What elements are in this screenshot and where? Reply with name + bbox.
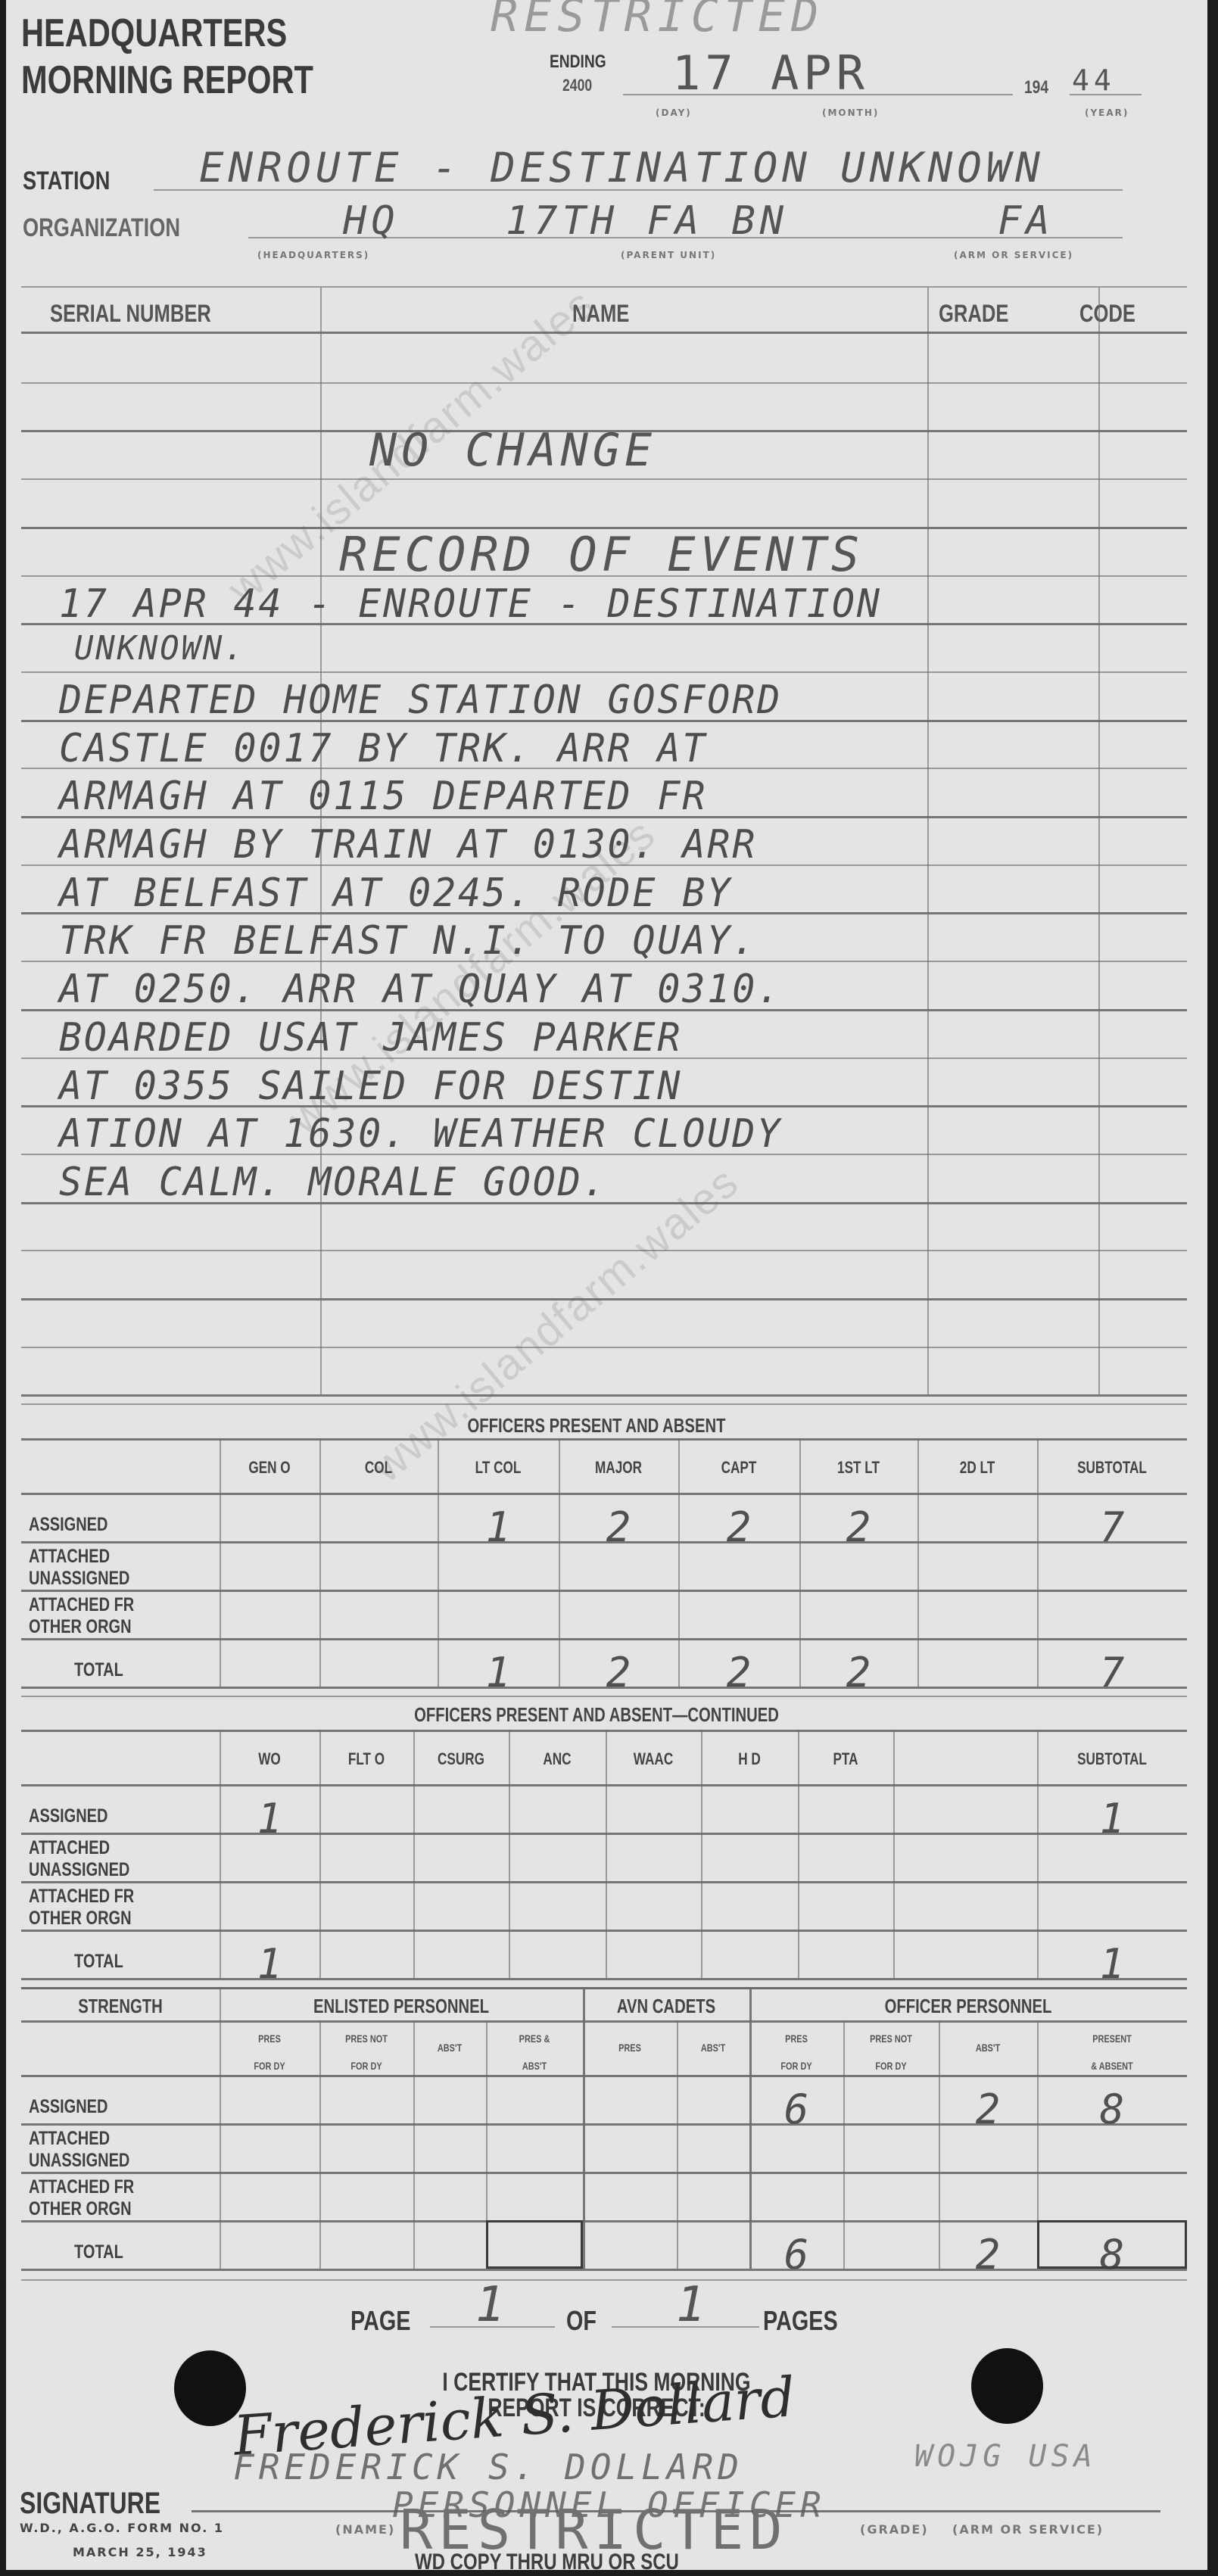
officers-title: OFFICERS PRESENT AND ABSENT bbox=[431, 1414, 762, 1438]
row-label: ATTACHED FR OTHER ORGN bbox=[29, 2176, 174, 2220]
caption-month: (MONTH) bbox=[822, 107, 879, 118]
form-title-line2: MORNING REPORT bbox=[21, 58, 313, 103]
event-line: ATION AT 1630. WEATHER CLOUDY bbox=[59, 1111, 782, 1157]
col-grade: GRADE bbox=[939, 300, 1008, 328]
event-line: ARMAGH BY TRAIN AT 0130. ARR bbox=[59, 822, 757, 867]
column-divider bbox=[319, 2020, 321, 2269]
row-label: ATTACHED UNASSIGNED bbox=[29, 1546, 174, 1590]
organization-label: ORGANIZATION bbox=[23, 213, 180, 243]
strength-column-header: PRESFOR DY bbox=[749, 2025, 843, 2079]
binder-hole-right bbox=[971, 2348, 1043, 2424]
row-label: ATTACHED UNASSIGNED bbox=[29, 2128, 174, 2172]
strength-column-header: PRES bbox=[583, 2025, 677, 2070]
column-divider bbox=[749, 1987, 752, 2269]
column-header-line1: PRES NOT bbox=[330, 2025, 403, 2052]
ending-time: 2400 bbox=[562, 76, 592, 95]
column-divider bbox=[319, 1438, 321, 1687]
count-cell[interactable]: 7 bbox=[1037, 1503, 1187, 1551]
caption-arm-service-footer: (ARM OR SERVICE) bbox=[952, 2522, 1104, 2537]
column-header: FLT O bbox=[330, 1749, 403, 1769]
event-line: UNKNOWN. bbox=[74, 629, 245, 668]
column-divider bbox=[220, 1438, 221, 1687]
roster-row-rule bbox=[21, 1394, 1187, 1397]
column-divider bbox=[413, 2020, 415, 2269]
row-rule bbox=[21, 1881, 1187, 1883]
caption-name: (NAME) bbox=[335, 2522, 395, 2537]
restricted-stamp-top: RESTRICTED bbox=[491, 0, 824, 42]
caption-parent-unit: (PARENT UNIT) bbox=[621, 250, 716, 260]
event-line: AT 0355 SAILED FOR DESTIN bbox=[59, 1064, 682, 1109]
count-cell[interactable]: 1 bbox=[1037, 1795, 1187, 1842]
pages-label: PAGES bbox=[763, 2305, 838, 2337]
officer-total-box bbox=[1037, 2220, 1187, 2269]
column-divider bbox=[220, 1987, 221, 2269]
strength-group-header: AVN CADETS bbox=[601, 1995, 731, 2018]
header-rule bbox=[21, 2075, 1187, 2077]
org-arm-service-field[interactable]: FA bbox=[998, 198, 1054, 244]
watermark: www.islandfarm.wales bbox=[362, 1157, 749, 1493]
strength-cell[interactable]: 6 bbox=[749, 2085, 843, 2133]
column-header: 2D LT bbox=[930, 1458, 1023, 1478]
count-cell[interactable]: 2 bbox=[559, 1503, 678, 1551]
roster-row-rule bbox=[21, 382, 1187, 384]
form-number: W.D., A.G.O. FORM NO. 1 bbox=[20, 2521, 224, 2535]
column-divider bbox=[438, 1438, 439, 1687]
signer-grade-service: WOJG USA bbox=[914, 2439, 1097, 2474]
column-header: 1ST LT bbox=[812, 1458, 905, 1478]
count-cell[interactable]: 2 bbox=[799, 1649, 917, 1696]
station-field[interactable]: ENROUTE - DESTINATION UNKNOWN bbox=[199, 144, 1045, 192]
signature-label: SIGNATURE bbox=[20, 2487, 160, 2521]
column-divider bbox=[939, 2020, 940, 2269]
col-serial-number: SERIAL NUMBER bbox=[50, 300, 211, 328]
strength-label: STRENGTH bbox=[43, 1995, 198, 2018]
org-parent-unit-field[interactable]: 17TH FA BN bbox=[506, 198, 788, 244]
column-divider bbox=[559, 1438, 560, 1687]
roster-row-rule bbox=[21, 478, 1187, 480]
roster-bottom-rule bbox=[21, 1403, 1187, 1405]
strength-cell[interactable]: 8 bbox=[1037, 2085, 1187, 2133]
row-rule bbox=[21, 1590, 1187, 1592]
group-rule bbox=[21, 2020, 1187, 2023]
header-rule bbox=[21, 1493, 1187, 1495]
of-label: OF bbox=[566, 2305, 597, 2337]
strength-column-header: PRES NOTFOR DY bbox=[843, 2025, 939, 2079]
row-label: TOTAL bbox=[74, 1951, 220, 1973]
count-cell[interactable]: 1 bbox=[220, 1795, 319, 1842]
column-header: SUBTOTAL bbox=[1054, 1749, 1170, 1769]
column-header: WAAC bbox=[616, 1749, 690, 1769]
column-header: CAPT bbox=[692, 1458, 787, 1478]
caption-year: (YEAR) bbox=[1085, 107, 1129, 118]
officers-continued-title: OFFICERS PRESENT AND ABSENT—CONTINUED bbox=[372, 1703, 821, 1727]
total-pages-field[interactable]: 1 bbox=[676, 2277, 710, 2333]
row-rule bbox=[21, 2123, 1187, 2126]
event-line: AT BELFAST AT 0245. RODE BY bbox=[59, 871, 732, 916]
form-date: MARCH 25, 1943 bbox=[73, 2545, 207, 2559]
count-cell[interactable]: 2 bbox=[678, 1649, 799, 1696]
row-label: ATTACHED UNASSIGNED bbox=[29, 1837, 174, 1881]
column-header-line1: PRES bbox=[760, 2025, 833, 2052]
form-title-line1: HEADQUARTERS bbox=[21, 11, 287, 56]
strength-column-header: PRES &ABS'T bbox=[486, 2025, 583, 2079]
column-divider bbox=[798, 1730, 799, 1978]
event-line: TRK FR BELFAST N.I. TO QUAY. bbox=[59, 918, 757, 964]
column-divider bbox=[1037, 1730, 1039, 1978]
strength-group-header: ENLISTED PERSONNEL bbox=[260, 1995, 543, 2018]
signer-name: FREDERICK S. DOLLARD bbox=[233, 2447, 743, 2487]
caption-headquarters: (HEADQUARTERS) bbox=[257, 250, 369, 260]
column-divider bbox=[509, 1730, 510, 1978]
row-rule bbox=[21, 1978, 1187, 1980]
count-cell[interactable]: 2 bbox=[559, 1649, 678, 1696]
caption-day: (DAY) bbox=[656, 107, 692, 118]
column-header-line1: PRES NOT bbox=[854, 2025, 928, 2052]
row-rule bbox=[21, 2269, 1187, 2271]
ending-label: ENDING bbox=[550, 51, 606, 73]
event-line: CASTLE 0017 BY TRK. ARR AT bbox=[59, 726, 707, 771]
table-top-rule bbox=[21, 1730, 1187, 1732]
column-header: CSURG bbox=[424, 1749, 498, 1769]
col-name: NAME bbox=[572, 300, 629, 328]
column-header-line1: PRES & bbox=[497, 2025, 572, 2052]
column-divider bbox=[583, 1987, 585, 2269]
strength-column-header: ABS'T bbox=[413, 2025, 486, 2070]
column-divider bbox=[677, 2020, 678, 2269]
column-header: MAJOR bbox=[572, 1458, 665, 1478]
count-cell[interactable]: 2 bbox=[678, 1503, 799, 1551]
column-divider bbox=[413, 1730, 415, 1978]
column-header: WO bbox=[231, 1749, 309, 1769]
column-divider bbox=[799, 1438, 801, 1687]
page-number-field[interactable]: 1 bbox=[475, 2277, 509, 2333]
strength-column-header: PRESENT& ABSENT bbox=[1037, 2025, 1187, 2079]
column-header-line1: PRESENT bbox=[1054, 2025, 1170, 2052]
row-label: ATTACHED FR OTHER ORGN bbox=[29, 1594, 174, 1638]
event-line: 17 APR 44 - ENROUTE - DESTINATION bbox=[59, 581, 882, 627]
column-divider bbox=[843, 2020, 845, 2269]
no-change-entry: NO CHANGE bbox=[369, 424, 656, 477]
record-of-events-title: RECORD OF EVENTS bbox=[339, 527, 864, 582]
page-label: PAGE bbox=[350, 2305, 410, 2337]
count-cell[interactable]: 1 bbox=[220, 1940, 319, 1988]
column-divider bbox=[701, 1730, 702, 1978]
column-header-line1: PRES bbox=[593, 2025, 667, 2070]
caption-arm-service: (ARM OR SERVICE) bbox=[954, 250, 1073, 260]
roster-column-divider bbox=[1098, 288, 1100, 1394]
row-rule bbox=[21, 1687, 1187, 1689]
column-header-line1: ABS'T bbox=[949, 2025, 1026, 2070]
roster-row-rule bbox=[21, 1347, 1187, 1348]
row-label: TOTAL bbox=[74, 1659, 220, 1681]
column-divider bbox=[220, 1730, 221, 1978]
roster-top-rule bbox=[21, 286, 1187, 288]
column-header: ANC bbox=[519, 1749, 595, 1769]
strength-cell[interactable]: 2 bbox=[939, 2231, 1037, 2279]
strength-cell[interactable]: 2 bbox=[939, 2085, 1037, 2133]
strength-top-rule bbox=[21, 1987, 1187, 1989]
event-line: AT 0250. ARR AT QUAY AT 0310. bbox=[59, 967, 782, 1012]
row-rule bbox=[21, 1638, 1187, 1640]
year-field[interactable]: 44 bbox=[1072, 64, 1116, 97]
column-divider bbox=[1037, 1438, 1039, 1687]
column-header: GEN O bbox=[231, 1458, 309, 1478]
caption-grade: (GRADE) bbox=[860, 2522, 929, 2537]
column-header: SUBTOTAL bbox=[1054, 1458, 1170, 1478]
enlisted-total-box bbox=[486, 2220, 583, 2269]
row-rule bbox=[21, 2220, 1187, 2222]
roster-row-rule bbox=[21, 1298, 1187, 1300]
year-prefix: 194 bbox=[1024, 77, 1048, 98]
strength-bottom-rule bbox=[21, 2279, 1187, 2281]
roster-header-rule bbox=[21, 332, 1187, 334]
routing-note: WD COPY THRU MRU OR SCU bbox=[415, 2550, 679, 2570]
strength-column-header: PRES NOTFOR DY bbox=[319, 2025, 413, 2079]
strength-group-header: OFFICER PERSONNEL bbox=[798, 1995, 1139, 2018]
column-header: LT COL bbox=[451, 1458, 546, 1478]
column-header-line1: ABS'T bbox=[422, 2025, 478, 2070]
row-label: ASSIGNED bbox=[29, 1514, 174, 1536]
event-line: BOARDED USAT JAMES PARKER bbox=[59, 1015, 682, 1061]
row-label: ATTACHED FR OTHER ORGN bbox=[29, 1886, 174, 1930]
row-label: ASSIGNED bbox=[29, 2096, 174, 2118]
roster-row-rule bbox=[21, 1250, 1187, 1251]
roster-row-rule bbox=[21, 671, 1187, 673]
count-cell[interactable]: 1 bbox=[1037, 1940, 1187, 1988]
event-line: DEPARTED HOME STATION GOSFORD bbox=[59, 677, 782, 723]
count-cell[interactable]: 2 bbox=[799, 1503, 917, 1551]
column-header-line1: PRES bbox=[231, 2025, 309, 2052]
column-divider bbox=[319, 1730, 321, 1978]
count-cell[interactable]: 1 bbox=[438, 1649, 559, 1696]
strength-column-header: PRESFOR DY bbox=[220, 2025, 319, 2079]
row-rule bbox=[21, 2172, 1187, 2174]
strength-column-header: ABS'T bbox=[939, 2025, 1037, 2070]
column-divider bbox=[893, 1730, 895, 1978]
column-divider bbox=[917, 1438, 919, 1687]
column-divider bbox=[606, 1730, 607, 1978]
table-top-rule bbox=[21, 1438, 1187, 1441]
roster-column-divider bbox=[927, 288, 929, 1394]
row-label: ASSIGNED bbox=[29, 1805, 174, 1827]
header-rule bbox=[21, 1784, 1187, 1786]
column-header: H D bbox=[712, 1749, 787, 1769]
row-rule bbox=[21, 1930, 1187, 1932]
station-label: STATION bbox=[23, 167, 110, 196]
strength-column-header: ABS'T bbox=[677, 2025, 749, 2070]
column-header-line1: ABS'T bbox=[685, 2025, 742, 2070]
count-cell[interactable]: 7 bbox=[1037, 1649, 1187, 1696]
column-header: COL bbox=[332, 1458, 425, 1478]
date-field[interactable]: 17 APR bbox=[672, 45, 869, 101]
morning-report-page: www.islandfarm.wales www.islandfarm.wale… bbox=[6, 0, 1207, 2570]
count-cell[interactable]: 1 bbox=[438, 1503, 559, 1551]
column-divider bbox=[678, 1438, 680, 1687]
event-line: SEA CALM. MORALE GOOD. bbox=[59, 1160, 608, 1205]
event-line: ARMAGH AT 0115 DEPARTED FR bbox=[59, 774, 707, 819]
table-bottom-rule bbox=[21, 1696, 1187, 1697]
row-rule bbox=[21, 1541, 1187, 1543]
org-headquarters-field[interactable]: HQ bbox=[343, 198, 400, 244]
row-rule bbox=[21, 1833, 1187, 1835]
row-label: TOTAL bbox=[74, 2241, 220, 2263]
col-code: CODE bbox=[1079, 300, 1135, 328]
strength-cell[interactable]: 6 bbox=[749, 2231, 843, 2279]
column-header: PTA bbox=[808, 1749, 883, 1769]
